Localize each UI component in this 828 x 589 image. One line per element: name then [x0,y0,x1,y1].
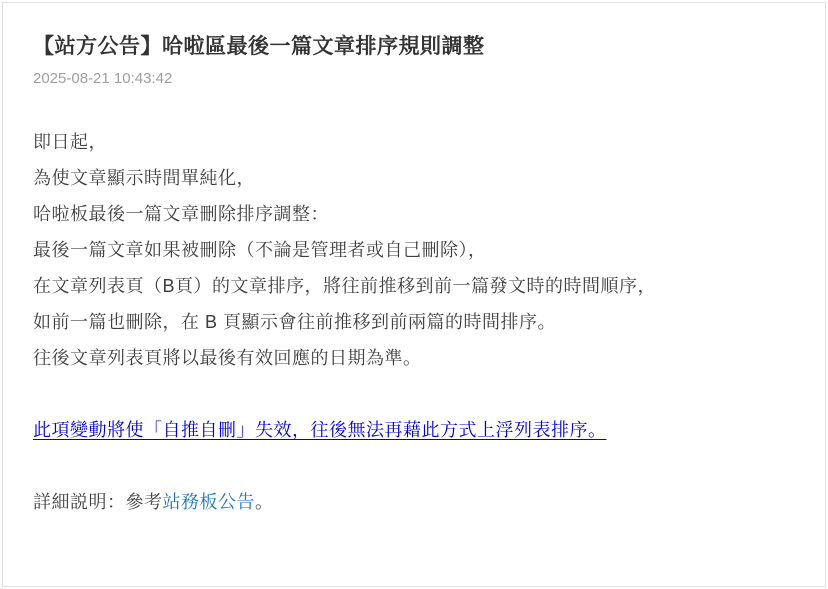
announcement-body: 即日起， 為使文章顯示時間單純化， 哈啦板最後一篇文章刪除排序調整： 最後一篇文… [33,124,795,520]
detail-suffix: 。 [255,492,274,512]
body-line-5: 在文章列表頁（B頁）的文章排序，將往前推移到前一篇發文時的時間順序， [33,268,795,304]
body-line-1: 即日起， [33,124,795,160]
post-timestamp: 2025-08-21 10:43:42 [33,69,795,89]
detail-prefix: 詳細説明：參考 [33,492,163,512]
body-line-3: 哈啦板最後一篇文章刪除排序調整： [33,196,795,232]
page-title: 【站方公告】哈啦區最後一篇文章排序規則調整 [33,34,795,60]
body-line-4: 最後一篇文章如果被刪除（不論是管理者或自己刪除）， [33,232,795,268]
body-line-6: 如前一篇也刪除，在 B 頁顯示會往前推移到前兩篇的時間排序。 [33,304,795,340]
announcement-card: 【站方公告】哈啦區最後一篇文章排序規則調整 2025-08-21 10:43:4… [2,2,826,587]
announcement-page: 【站方公告】哈啦區最後一篇文章排序規則調整 2025-08-21 10:43:4… [0,0,828,589]
highlight-notice: 此項變動將使「自推自刪」失效，往後無法再藉此方式上浮列表排序。 [33,412,795,448]
board-announcement-link[interactable]: 站務板公告 [163,492,256,512]
body-line-2: 為使文章顯示時間單純化， [33,160,795,196]
body-line-7: 往後文章列表頁將以最後有效回應的日期為準。 [33,340,795,376]
detail-line: 詳細説明：參考站務板公告。 [33,484,795,520]
